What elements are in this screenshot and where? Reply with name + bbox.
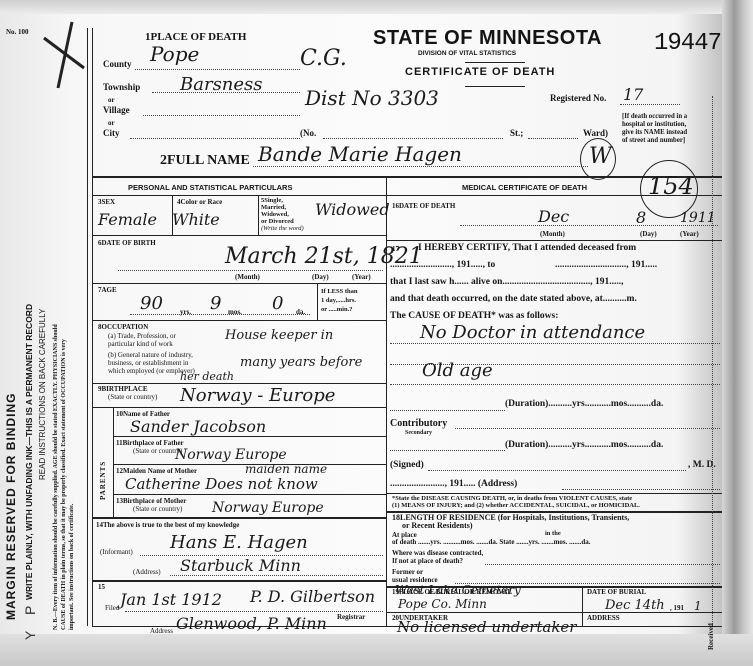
- informant-value: Hans E. Hagen: [170, 532, 308, 553]
- marital-label-widowed: Widowed,: [261, 211, 304, 218]
- row-rule-signed: [386, 493, 722, 494]
- county-label: County: [103, 59, 132, 69]
- filed-dots: [125, 611, 383, 612]
- mother-birthplace-value: Norway Europe: [212, 500, 324, 516]
- margin-note-2: CAUSE of DEATH in plain terms, so that i…: [61, 339, 67, 630]
- certify-line-2b: .............................., 191.....: [555, 260, 657, 270]
- contracted-label-1: Where was disease contracted,: [392, 549, 483, 557]
- marital-value: Widowed: [315, 200, 390, 219]
- county-dots: [135, 69, 300, 70]
- scan-top-edge: [0, 0, 753, 14]
- marital-labels: 5Single, Married, Widowed, or Divorced (…: [261, 197, 304, 232]
- frame-mid-line: [92, 176, 722, 178]
- contracted-dots: [485, 564, 720, 565]
- state-title: STATE OF MINNESOTA: [373, 27, 602, 50]
- burial-value-2: Pope Co. Minn: [398, 597, 487, 611]
- registered-dots: [620, 104, 680, 105]
- sex-label: 3SEX: [98, 198, 115, 206]
- dob-dots: [118, 270, 383, 271]
- occ-a-label-1: (a) Trade, Profession, or: [108, 332, 176, 340]
- registrar-address-label: Address: [150, 627, 173, 635]
- death-day-label: (Day): [640, 230, 657, 238]
- burial-date-value: Dec 14th: [605, 598, 665, 613]
- less-than-line-2: 1 day,.....hrs.: [321, 296, 358, 305]
- row-rule-mother: [113, 494, 386, 495]
- contracted-label-2: If not at place of death?: [392, 557, 463, 565]
- cause-dots-1: [390, 343, 720, 344]
- header-rule-2: [465, 86, 525, 87]
- city-label: City: [103, 128, 120, 138]
- burial-date-label: DATE OF BURIAL: [587, 588, 646, 596]
- certificate-number: 19447: [654, 30, 721, 57]
- margin-binding-text: MARGIN RESERVED FOR BINDING: [4, 393, 18, 620]
- contributory-label: Contributory: [390, 418, 447, 429]
- duration2-dots: [390, 450, 505, 451]
- registered-label: Registered No.: [550, 93, 606, 103]
- row-rule-occupation: [92, 383, 386, 384]
- informant-label: (Informant): [100, 548, 133, 556]
- street-no-label: (No.: [300, 128, 316, 138]
- township-label: Township: [103, 82, 140, 92]
- row-rule-father: [113, 436, 386, 437]
- signed-label: (Signed): [390, 460, 424, 470]
- burial-divider: [582, 586, 583, 626]
- right-margin-dots: [712, 96, 713, 626]
- footnote-line-2: (1) MEANS OF INJURY; and (2) whether ACC…: [392, 502, 640, 509]
- residence-label-2: or Recent Residents): [402, 521, 473, 530]
- footnote: *State the DISEASE CAUSING DEATH, or, in…: [392, 495, 640, 509]
- marital-label-single: 5Single,: [261, 197, 304, 204]
- occ-b-label-1: (b) General nature of industry,: [108, 351, 195, 359]
- row-rule-sex: [92, 235, 386, 236]
- row-rule-age: [92, 320, 386, 321]
- father-birthplace-label: 11Birthplace of Father: [116, 439, 184, 447]
- frame-left-line: [92, 28, 93, 626]
- duration-label: (Duration)..........yrs...........mos...…: [505, 399, 663, 409]
- occupation-label: 8OCCUPATION: [98, 323, 148, 331]
- footnote-line-1: *State the DISEASE CAUSING DEATH, or, in…: [392, 495, 640, 502]
- less-than-line-3: or .....min.?: [321, 305, 358, 314]
- contributory-dots: [455, 428, 720, 429]
- certify-number: 17: [392, 245, 399, 253]
- age-years: 90: [140, 293, 163, 314]
- certify-line-2a: .........................., 191....., to: [390, 260, 495, 270]
- ward-label: Ward): [583, 128, 608, 138]
- less-than-day: If LESS than 1 day,.....hrs. or .....min…: [321, 287, 358, 314]
- dob-month-label: (Month): [235, 273, 260, 281]
- certificate-title: CERTIFICATE OF DEATH: [405, 66, 555, 78]
- row-rule-date-of-death: [386, 240, 722, 241]
- margin-read-instructions: READ INSTRUCTIONS ON BACK CAREFULLY: [38, 309, 47, 480]
- village-dots: [143, 115, 300, 116]
- birthplace-value: Norway - Europe: [180, 385, 335, 406]
- birthplace-label: 9BIRTHPLACE: [98, 385, 148, 393]
- section-title-rule: [92, 195, 722, 196]
- filed-label: Filed: [105, 604, 119, 612]
- registrar-value: P. D. Gilbertson: [250, 587, 375, 606]
- informant-address-label: (Address): [133, 568, 161, 576]
- age-yrs-label: yrs.: [180, 308, 191, 316]
- marginal-mark: W: [589, 144, 612, 169]
- marital-label-married: Married,: [261, 204, 304, 211]
- scan-bottom-edge: [0, 634, 753, 666]
- mother-birthplace-sublabel: (State or country): [133, 505, 182, 513]
- cross-mark-icon: [40, 18, 90, 98]
- margin-write-plainly: WRITE PLAINLY, WITH UNFADING INK—THIS IS…: [24, 304, 34, 600]
- age-dots: [130, 314, 310, 315]
- parents-label: PARENTS: [99, 461, 107, 500]
- township-value: Barsness: [180, 74, 263, 95]
- cause-label: The CAUSE OF DEATH* was as follows:: [390, 311, 558, 321]
- margin-stamp: Y P: [22, 600, 38, 640]
- burial-year-value: 1: [694, 599, 702, 613]
- frame-left-line-2: [87, 28, 88, 626]
- mother-name-label: 12Maiden Name of Mother: [116, 467, 197, 475]
- parents-divider: [113, 407, 114, 517]
- filed-number: 15: [98, 583, 105, 591]
- age-days: 0: [272, 293, 283, 314]
- color-label: 4Color or Race: [177, 198, 222, 206]
- date-of-death-label: 16DATE OF DEATH: [392, 202, 455, 210]
- medical-section-title: MEDICAL CERTIFICATE OF DEATH: [462, 183, 587, 192]
- mother-name-value: Catherine Does not know: [125, 475, 318, 493]
- address-dots: [562, 489, 720, 490]
- registrar-label: Registrar: [337, 613, 365, 621]
- informant-heading: 14The above is true to the best of my kn…: [96, 521, 239, 529]
- signed-dots: [428, 470, 686, 471]
- scan-right-edge: [722, 0, 753, 666]
- informant-address-dots: [170, 575, 383, 576]
- informant-address-value: Starbuck Minn: [180, 556, 301, 575]
- row-rule-burial: [386, 612, 722, 613]
- mother-birthplace-label: 13Birthplace of Mother: [116, 497, 186, 505]
- former-label-1: Former or: [392, 568, 423, 576]
- district-value: Dist No 3303: [305, 86, 439, 110]
- occ-b-label-2: business, or establishment in: [108, 359, 195, 367]
- duration-dots: [390, 410, 505, 411]
- burial-value-1: West Lake Cemetery: [395, 583, 521, 597]
- occ-a-value: House keeper in: [225, 328, 333, 343]
- marital-label-divorced: or Divorced: [261, 218, 304, 225]
- in-the-label: in the: [545, 530, 561, 537]
- burial-year-label: , 191: [670, 604, 684, 612]
- city-dots: [130, 138, 300, 139]
- death-year: 1911: [680, 210, 716, 226]
- color-value: White: [172, 210, 220, 229]
- occ-a-label-2: particular kind of work: [108, 340, 176, 348]
- annotation-cg: C.G.: [300, 46, 347, 71]
- age-label: 7AGE: [98, 286, 117, 294]
- county-value: Pope: [150, 42, 199, 66]
- age-divider: [317, 283, 318, 320]
- secondary-label: Secondary: [405, 430, 432, 436]
- father-name-value: Sander Jacobson: [130, 417, 266, 436]
- dob-day-label: (Day): [312, 273, 329, 281]
- registrar-address-value: Glenwood, P. Minn: [176, 614, 327, 633]
- death-month-label: (Month): [540, 230, 565, 238]
- undertaker-value: No licensed undertaker: [397, 618, 576, 636]
- certify-line-1: I HEREBY CERTIFY, That I attended deceas…: [418, 243, 636, 253]
- cause-value-2: Old age: [422, 360, 493, 381]
- color-divider: [258, 195, 259, 235]
- row-rule-birthplace: [92, 407, 386, 408]
- right-received-label: Received: [707, 623, 715, 650]
- full-name-dots: [253, 166, 588, 167]
- row-rule-dob: [92, 283, 386, 284]
- margin-note-3: important. See instructions on back of c…: [69, 504, 75, 630]
- death-month: Dec: [538, 207, 569, 226]
- mother-name-note: maiden name: [245, 462, 327, 476]
- age-da-label: da.: [296, 308, 305, 316]
- less-than-line-1: If LESS than: [321, 287, 358, 296]
- at-place-line: of death .......yrs. ..........mos. ....…: [392, 538, 591, 546]
- full-name-label: 2FULL NAME: [160, 153, 250, 169]
- undertaker-address-label: ADDRESS: [587, 614, 620, 622]
- death-day: 8: [636, 208, 646, 227]
- birthplace-sublabel: (State or country): [108, 393, 157, 401]
- occ-b-value: many years before: [240, 355, 362, 370]
- dob-label: 6DATE OF BIRTH: [98, 239, 156, 247]
- row-rule-informant: [92, 580, 386, 582]
- duration2-label: (Duration)..........yrs...........mos...…: [505, 440, 663, 450]
- occ-b-value-2: her death: [180, 370, 234, 383]
- registered-value: 17: [623, 85, 643, 104]
- cause-dots-3: [390, 384, 720, 385]
- row-rule-parents: [92, 517, 386, 519]
- date-address-line: ......................., 191..... (Addre…: [390, 479, 517, 489]
- marital-label-instruction: (Write the word): [261, 225, 304, 232]
- certify-line-3: that I last saw h...... alive on........…: [390, 277, 624, 287]
- age-mos-label: mos.: [228, 308, 242, 316]
- personal-section-title: PERSONAL AND STATISTICAL PARTICULARS: [128, 183, 292, 192]
- village-label: Village: [103, 105, 130, 115]
- age-months: 9: [210, 293, 221, 314]
- form-number: No. 100: [6, 28, 29, 36]
- street-dots: [323, 138, 503, 139]
- st-label: St.;: [510, 128, 523, 138]
- dob-year-label: (Year): [352, 273, 371, 281]
- hospital-note: [If death occurred in a hospital or inst…: [622, 113, 694, 145]
- father-birthplace-value: Norway Europe: [175, 447, 287, 463]
- death-certificate-page: No. 100 MARGIN RESERVED FOR BINDING WRIT…: [0, 0, 753, 666]
- or-1: or: [108, 96, 115, 104]
- certify-line-4: and that death occurred, on the date sta…: [390, 294, 637, 304]
- division-title: DIVISION OF VITAL STATISTICS: [418, 50, 516, 57]
- full-name-value: Bande Marie Hagen: [258, 142, 462, 166]
- death-year-label: (Year): [680, 230, 699, 238]
- margin-note-1: N. B.—Every item of information should b…: [53, 324, 59, 630]
- cause-value-1: No Doctor in attendance: [420, 322, 645, 343]
- header-rule-1: [465, 62, 525, 63]
- ward-dots: [528, 138, 578, 139]
- or-2: or: [108, 119, 115, 127]
- filed-value: Jan 1st 1912: [120, 590, 222, 609]
- sex-value: Female: [98, 210, 157, 229]
- occ-a-labels: (a) Trade, Profession, or particular kin…: [108, 332, 176, 348]
